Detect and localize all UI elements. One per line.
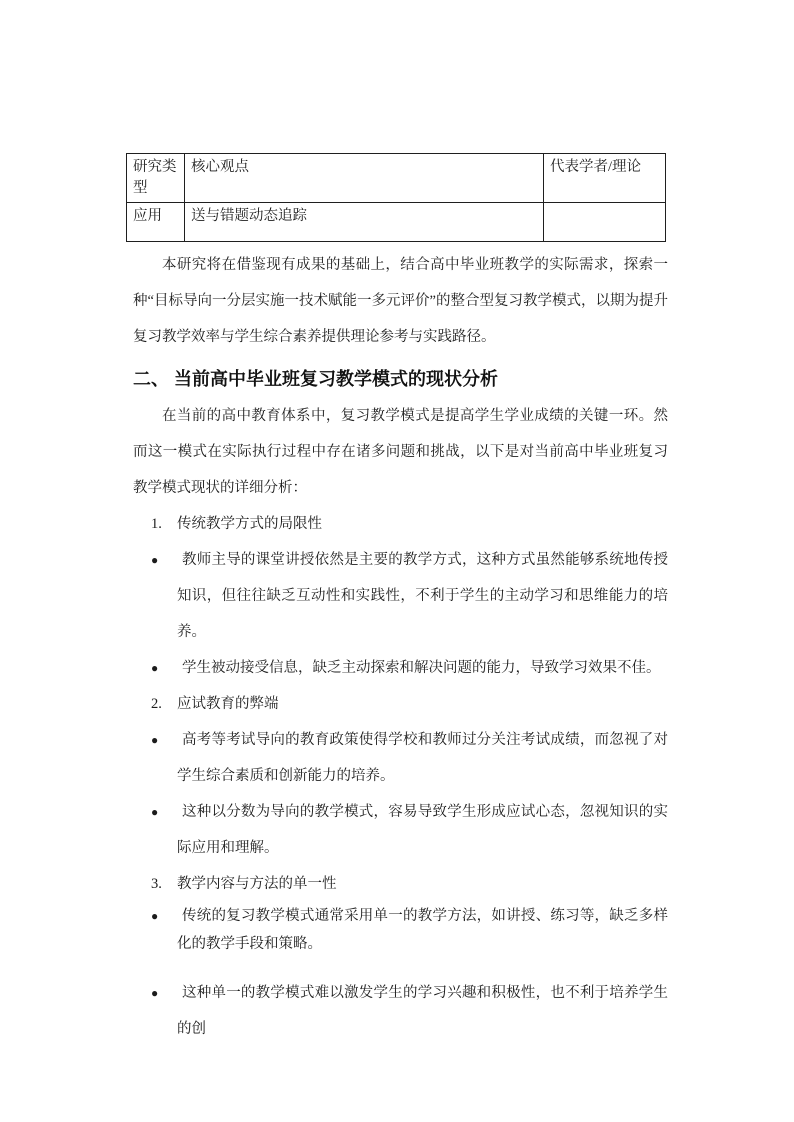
list-item-text: 这种单一的教学模式难以激发学生的学习兴趣和积极性，也不利于培养学生的创 [177, 985, 668, 1037]
table-header-cell-representative-scholars: 代表学者/理论 [544, 154, 666, 203]
list-item-text: 学生被动接受信息，缺乏主动探索和解决问题的能力，导致学习效果不佳。 [182, 660, 661, 676]
list-item-text: 这种以分数为导向的教学模式，容易导致学生形成应试心态，忽视知识的实际应用和理解。 [177, 804, 668, 856]
numbered-item-2: 2. 应试教育的弊端 [133, 686, 668, 722]
bullet-item: ● 高考等考试导向的教育政策使得学校和教师过分关注考试成绩，而忽视了对学生综合素… [133, 722, 668, 794]
analysis-list: 1. 传统教学方式的局限性 ● 教师主导的课堂讲授依然是主要的教学方式，这种方式… [133, 506, 668, 1047]
list-item-text: 应试教育的弊端 [177, 696, 279, 712]
bullet-icon: ● [151, 722, 158, 758]
bullet-icon: ● [151, 650, 158, 686]
table-cell-representative-scholars-empty [544, 203, 666, 242]
document-page: 研究类型 核心观点 代表学者/理论 应用 送与错题动态追踪 本研究将在借鉴现有成… [0, 0, 794, 1122]
literature-table: 研究类型 核心观点 代表学者/理论 应用 送与错题动态追踪 [126, 153, 666, 242]
table-header-row: 研究类型 核心观点 代表学者/理论 [127, 154, 666, 203]
bullet-item: ● 这种以分数为导向的教学模式，容易导致学生形成应试心态，忽视知识的实际应用和理… [133, 794, 668, 866]
section-heading: 二、 当前高中毕业班复习教学模式的现状分析 [133, 366, 668, 392]
intro-paragraph: 本研究将在借鉴现有成果的基础上，结合高中毕业班教学的实际需求，探索一种“目标导向… [133, 247, 668, 355]
bullet-item: ● 这种单一的教学模式难以激发学生的学习兴趣和积极性，也不利于培养学生的创 [133, 975, 668, 1047]
numbered-item-1: 1. 传统教学方式的局限性 [133, 506, 668, 542]
bullet-icon: ● [151, 794, 158, 830]
bullet-icon: ● [151, 542, 158, 578]
list-item-text: 传统的复习教学模式通常采用单一的教学方法，如讲授、练习等，缺乏多样化的教学手段和… [177, 908, 668, 952]
bullet-item: ● 传统的复习教学模式通常采用单一的教学方法，如讲授、练习等，缺乏多样化的教学手… [133, 902, 668, 975]
list-item-text: 传统教学方式的局限性 [177, 516, 322, 532]
table-cell-research-type: 应用 [127, 203, 185, 242]
list-item-text: 教师主导的课堂讲授依然是主要的教学方式，这种方式虽然能够系统地传授知识，但往往缺… [177, 552, 668, 640]
table-header-cell-research-type: 研究类型 [127, 154, 185, 203]
bullet-item: ● 教师主导的课堂讲授依然是主要的教学方式，这种方式虽然能够系统地传授知识，但往… [133, 542, 668, 650]
list-number: 3. [151, 866, 162, 902]
table-header-cell-core-viewpoint: 核心观点 [185, 154, 544, 203]
document-content: 研究类型 核心观点 代表学者/理论 应用 送与错题动态追踪 本研究将在借鉴现有成… [133, 153, 668, 1047]
numbered-item-3: 3. 教学内容与方法的单一性 [133, 866, 668, 902]
list-number: 1. [151, 506, 162, 542]
list-number: 2. [151, 686, 162, 722]
table-cell-core-viewpoint: 送与错题动态追踪 [185, 203, 544, 242]
table-row: 应用 送与错题动态追踪 [127, 203, 666, 242]
section-lead-paragraph: 在当前的高中教育体系中，复习教学模式是提高学生学业成绩的关键一环。然而这一模式在… [133, 398, 668, 506]
bullet-item: ● 学生被动接受信息，缺乏主动探索和解决问题的能力，导致学习效果不佳。 [133, 650, 668, 686]
list-item-text: 教学内容与方法的单一性 [177, 876, 337, 892]
bullet-icon: ● [151, 902, 158, 930]
bullet-icon: ● [151, 975, 158, 1011]
list-item-text: 高考等考试导向的教育政策使得学校和教师过分关注考试成绩，而忽视了对学生综合素质和… [177, 732, 668, 784]
